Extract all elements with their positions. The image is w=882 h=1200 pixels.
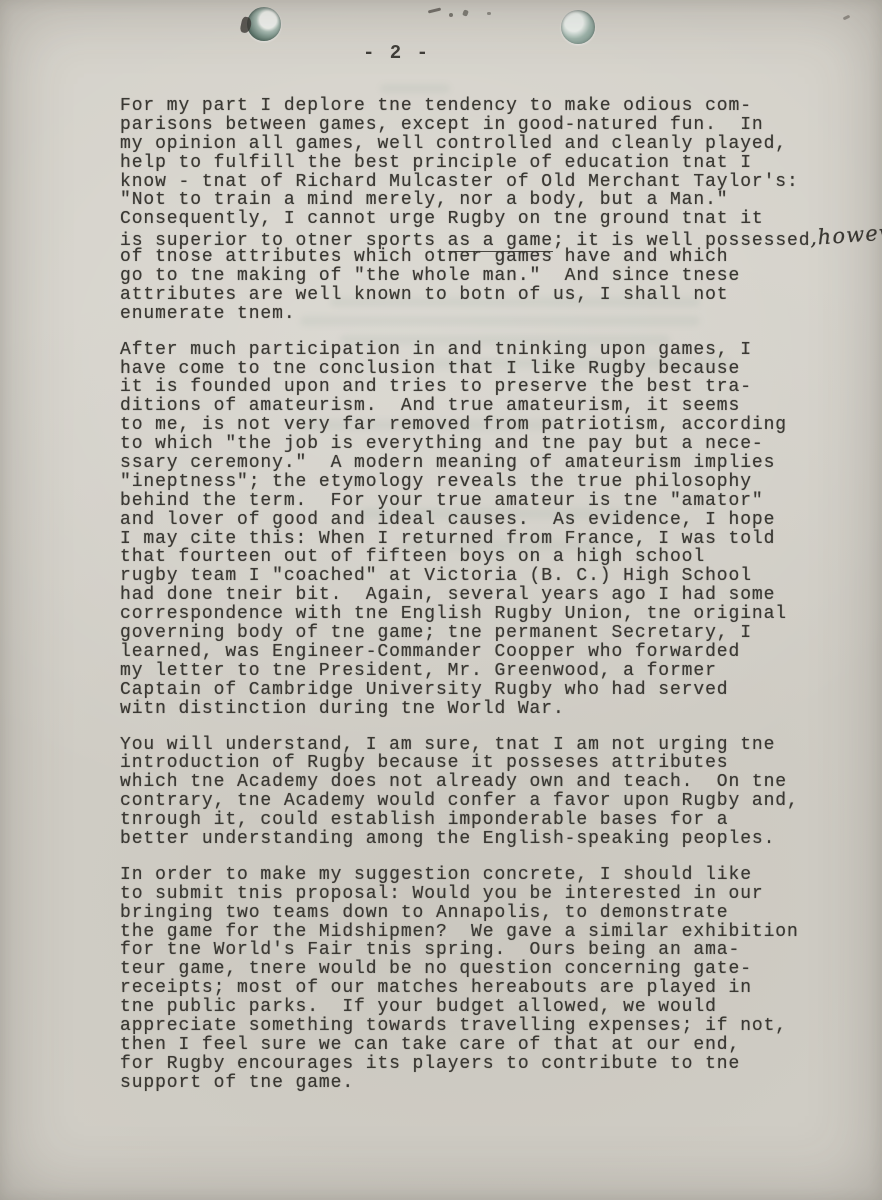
typed-line: learned, was Engineer-Commander Coopper …	[120, 643, 882, 662]
letter-paragraph: In order to make my suggestion concrete,…	[120, 866, 882, 1093]
typed-line: have come to tne conclusion that I like …	[120, 360, 882, 379]
typed-line: to which "the job is everything and tne …	[120, 435, 882, 454]
typed-line: contrary, tne Academy would confer a fav…	[120, 792, 882, 811]
letter-body: For my part I deplore tne tendency to ma…	[120, 97, 882, 1110]
typed-line: it is founded upon and tries to preserve…	[120, 378, 882, 397]
typed-line: correspondence with tne English Rugby Un…	[120, 605, 882, 624]
typed-line: ssary ceremony." A modern meaning of ama…	[120, 454, 882, 473]
typed-line: help to fulfill the best principle of ed…	[120, 154, 882, 173]
typed-line: had done tneir bit. Again, several years…	[120, 586, 882, 605]
typed-line: tnrough it, could establish imponderable…	[120, 811, 882, 830]
typed-line: appreciate something towards travelling …	[120, 1017, 882, 1036]
typed-line: support of tne game.	[120, 1074, 882, 1093]
typed-line: introduction of Rugby because it possese…	[120, 754, 882, 773]
typed-line: receipts; most of our matches hereabouts…	[120, 979, 882, 998]
typed-line: For my part I deplore tne tendency to ma…	[120, 97, 882, 116]
pencil-mark	[843, 15, 851, 21]
letter-paragraph: You will understand, I am sure, tnat I a…	[120, 736, 882, 849]
typed-line: Consequently, I cannot urge Rugby on tne…	[120, 210, 882, 229]
page-number: - 2 -	[363, 42, 430, 64]
typed-line: After much participation in and tninking…	[120, 341, 882, 360]
typed-line: which tne Academy does not already own a…	[120, 773, 882, 792]
typed-line: and lover of good and ideal causes. As e…	[120, 511, 882, 530]
typed-line: is superior to otner sports as a game; i…	[120, 229, 882, 248]
typed-line: go to tne making of "the whole man." And…	[120, 267, 882, 286]
handwritten-insertion: ,however,	[810, 221, 882, 248]
pencil-mark	[449, 13, 453, 17]
typed-line: teur game, tnere would be no question co…	[120, 960, 882, 979]
letter-paragraph: After much participation in and tninking…	[120, 341, 882, 719]
typed-line: rugby team I "coached" at Victoria (B. C…	[120, 567, 882, 586]
typed-line: my opinion all games, well controlled an…	[120, 135, 882, 154]
pencil-mark	[428, 7, 441, 13]
typed-line: know - tnat of Richard Mulcaster of Old …	[120, 173, 882, 192]
typed-line: then I feel sure we can take care of tha…	[120, 1036, 882, 1055]
typed-line: for tne World's Fair tnis spring. Ours b…	[120, 941, 882, 960]
punch-hole-right	[561, 10, 595, 44]
pencil-mark	[462, 9, 469, 16]
typed-line: enumerate tnem.	[120, 305, 882, 324]
scanned-letter-page: - 2 - For my part I deplore tne tendency…	[0, 0, 882, 1200]
typed-line: bringing two teams down to Annapolis, to…	[120, 904, 882, 923]
pencil-mark	[487, 12, 491, 15]
bleed-through-smudge	[380, 84, 450, 93]
typed-line: the game for the Midshipmen? We gave a s…	[120, 923, 882, 942]
typed-line: "Not to train a mind merely, nor a body,…	[120, 191, 882, 210]
typed-line: ditions of amateurism. And true amateuri…	[120, 397, 882, 416]
typed-line: parisons between games, except in good-n…	[120, 116, 882, 135]
typed-line: to submit tnis proposal: Would you be in…	[120, 885, 882, 904]
typed-line: my letter to tne President, Mr. Greenwoo…	[120, 662, 882, 681]
typed-line: "ineptness"; the etymology reveals the t…	[120, 473, 882, 492]
typed-line: You will understand, I am sure, tnat I a…	[120, 736, 882, 755]
typed-line: for Rugby encourages its players to cont…	[120, 1055, 882, 1074]
typed-line: In order to make my suggestion concrete,…	[120, 866, 882, 885]
typed-line: attributes are well known to botn of us,…	[120, 286, 882, 305]
punch-hole-left	[247, 7, 281, 41]
typed-line: better understanding among the English-s…	[120, 830, 882, 849]
typed-line: behind the term. For your true amateur i…	[120, 492, 882, 511]
letter-paragraph: For my part I deplore tne tendency to ma…	[120, 97, 882, 324]
typed-line: witn distinction during tne World War.	[120, 700, 882, 719]
typed-line: Captain of Cambridge University Rugby wh…	[120, 681, 882, 700]
typed-line: that fourteen out of fifteen boys on a h…	[120, 548, 882, 567]
typed-line: governing body of tne game; tne permanen…	[120, 624, 882, 643]
typed-line: to me, is not very far removed from patr…	[120, 416, 882, 435]
typed-line: I may cite this: When I returned from Fr…	[120, 530, 882, 549]
typed-line: tne public parks. If your budget allowed…	[120, 998, 882, 1017]
